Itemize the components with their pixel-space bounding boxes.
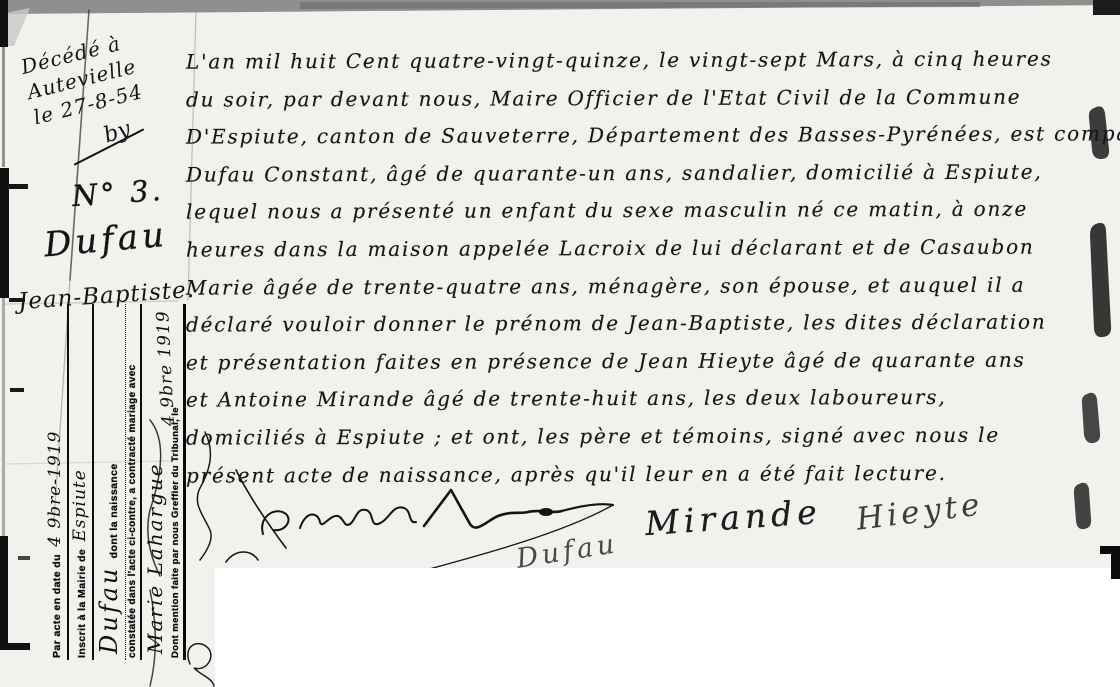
marriage-mention-stamp: Par acte en date du 4 9bre-1919 Inscrit … bbox=[44, 304, 186, 660]
stamp-handwritten-groom: Dufau bbox=[95, 562, 123, 658]
stamp-printed-text: Par acte en date du bbox=[51, 554, 63, 658]
signature-mirande: Mirande bbox=[644, 492, 823, 543]
act-text-line: et Antoine Mirande âgé de trente-huit an… bbox=[186, 379, 1101, 420]
stamp-line: Dont mention faite par nous Greffier du … bbox=[169, 304, 186, 660]
act-text-line: heures dans la maison appelée Lacroix de… bbox=[186, 228, 1101, 269]
stamp-printed-text: Inscrit à la Mairie de bbox=[76, 549, 88, 658]
scanned-register-page: Décédé à Autevielle le 27-8-54 by N° 3. … bbox=[0, 0, 1120, 687]
stamp-line: Dufau dont la naissance bbox=[94, 304, 126, 660]
act-text-line: domiciliés à Espiute ; et ont, les père … bbox=[186, 416, 1101, 457]
stamp-handwritten-commune: Espiute bbox=[70, 465, 90, 545]
margin-child-surname: Dufau bbox=[42, 215, 169, 266]
act-text-line: lequel nous a présenté un enfant du sexe… bbox=[186, 191, 1101, 232]
act-text-line: déclaré vouloir donner le prénom de Jean… bbox=[186, 304, 1101, 345]
stamp-printed-text: dont la naissance bbox=[108, 463, 120, 558]
act-text-line: L'an mil huit Cent quatre-vingt-quinze, … bbox=[186, 40, 1101, 81]
stamp-printed-text: constatée dans l'acte ci-contre, a contr… bbox=[126, 304, 142, 660]
signature-hieyte: Hieyte bbox=[854, 486, 985, 537]
stamp-line: Inscrit à la Mairie de Espiute bbox=[69, 304, 94, 660]
white-overlay-box bbox=[215, 568, 1120, 687]
act-text-line: D'Espiute, canton de Sauveterre, Départe… bbox=[186, 116, 1101, 157]
act-text-line: du soir, par devant nous, Maire Officier… bbox=[186, 78, 1101, 119]
act-text-line: et présentation faites en présence de Je… bbox=[186, 341, 1101, 382]
act-text-line: Dufau Constant, âgé de quarante-un ans, … bbox=[186, 153, 1101, 194]
stamp-printed-text: Dont mention faite par nous Greffier du … bbox=[170, 407, 181, 658]
act-text-line: Marie âgée de trente-quatre ans, ménagèr… bbox=[186, 266, 1101, 307]
stamp-line: Par acte en date du 4 9bre-1919 bbox=[44, 304, 69, 660]
death-margin-note: Décédé à Autevielle le 27-8-54 bbox=[18, 28, 145, 131]
act-number: N° 3. bbox=[71, 173, 165, 213]
stamp-handwritten-date: 4 9bre-1919 bbox=[45, 427, 65, 551]
stamp-handwritten-bride: Marie Lahargue bbox=[143, 458, 167, 658]
act-body-text: L'an mil huit Cent quatre-vingt-quinze, … bbox=[186, 42, 1101, 493]
